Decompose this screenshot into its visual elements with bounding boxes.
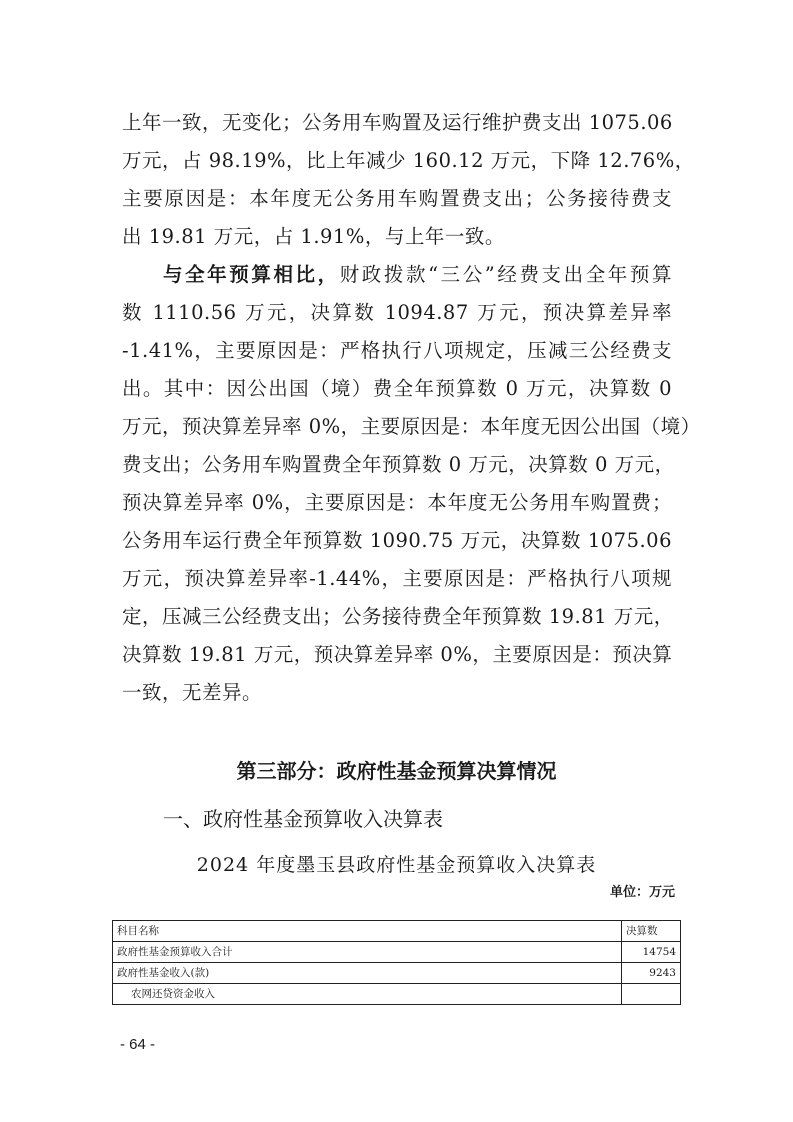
row-name: 政府性基金收入(款)	[113, 963, 622, 984]
unit-label: 单位：万元	[610, 884, 675, 902]
lead-emphasis: 与全年预算相比，	[163, 263, 340, 286]
row-value: 14754	[622, 942, 681, 963]
text-line: 决算数 19.81 万元，预决算差异率 0%，主要原因是：预决算	[122, 642, 672, 668]
text-line: 主要原因是：本年度无公务用车购置费支出；公务接待费支	[122, 186, 672, 212]
section-heading: 一、政府性基金预算收入决算表	[163, 805, 443, 833]
text-line: 一致，无差异。	[122, 680, 672, 706]
text-line: -1.41%，主要原因是：严格执行八项规定，压减三公经费支	[122, 338, 672, 364]
text-line: 上年一致，无变化；公务用车购置及运行维护费支出 1075.06	[122, 110, 672, 136]
text-line: 数 1110.56 万元，决算数 1094.87 万元，预决算差异率	[122, 300, 672, 326]
header-cell-name: 科目名称	[113, 921, 622, 942]
text-line: 出。其中：因公出国（境）费全年预算数 0 万元，决算数 0	[122, 376, 672, 402]
table-row: 政府性基金预算收入合计 14754	[113, 942, 681, 963]
table-header-row: 科目名称 决算数	[113, 921, 681, 942]
text-line: 与全年预算相比，财政拨款“三公”经费支出全年预算	[163, 262, 672, 288]
row-value: 9243	[622, 963, 681, 984]
text-line: 出 19.81 万元，占 1.91%，与上年一致。	[122, 224, 672, 250]
text-segment: 财政拨款“三公”经费支出全年预算	[340, 263, 672, 286]
text-line: 万元，预决算差异率-1.44%，主要原因是：严格执行八项规	[122, 566, 672, 592]
text-line: 万元，占 98.19%，比上年减少 160.12 万元，下降 12.76%，	[122, 148, 672, 174]
text-line: 定，压减三公经费支出；公务接待费全年预算数 19.81 万元，	[122, 604, 672, 630]
text-line: 费支出；公务用车购置费全年预算数 0 万元，决算数 0 万元，	[122, 452, 672, 478]
fund-revenue-table: 科目名称 决算数 政府性基金预算收入合计 14754 政府性基金收入(款) 92…	[112, 920, 681, 1005]
table-title: 2024 年度墨玉县政府性基金预算收入决算表	[0, 852, 793, 878]
row-value	[622, 984, 681, 1005]
text-line: 公务用车运行费全年预算数 1090.75 万元，决算数 1075.06	[122, 528, 672, 554]
row-name: 农网还贷资金收入	[113, 984, 622, 1005]
table-row: 政府性基金收入(款) 9243	[113, 963, 681, 984]
table-row: 农网还贷资金收入	[113, 984, 681, 1005]
text-line: 万元，预决算差异率 0%，主要原因是：本年度无因公出国（境）	[122, 414, 672, 440]
page-number: - 64 -	[120, 1036, 155, 1053]
text-line: 预决算差异率 0%，主要原因是：本年度无公务用车购置费；	[122, 490, 672, 516]
row-name: 政府性基金预算收入合计	[113, 942, 622, 963]
part-heading: 第三部分：政府性基金预算决算情况	[0, 757, 793, 785]
header-cell-value: 决算数	[622, 921, 681, 942]
